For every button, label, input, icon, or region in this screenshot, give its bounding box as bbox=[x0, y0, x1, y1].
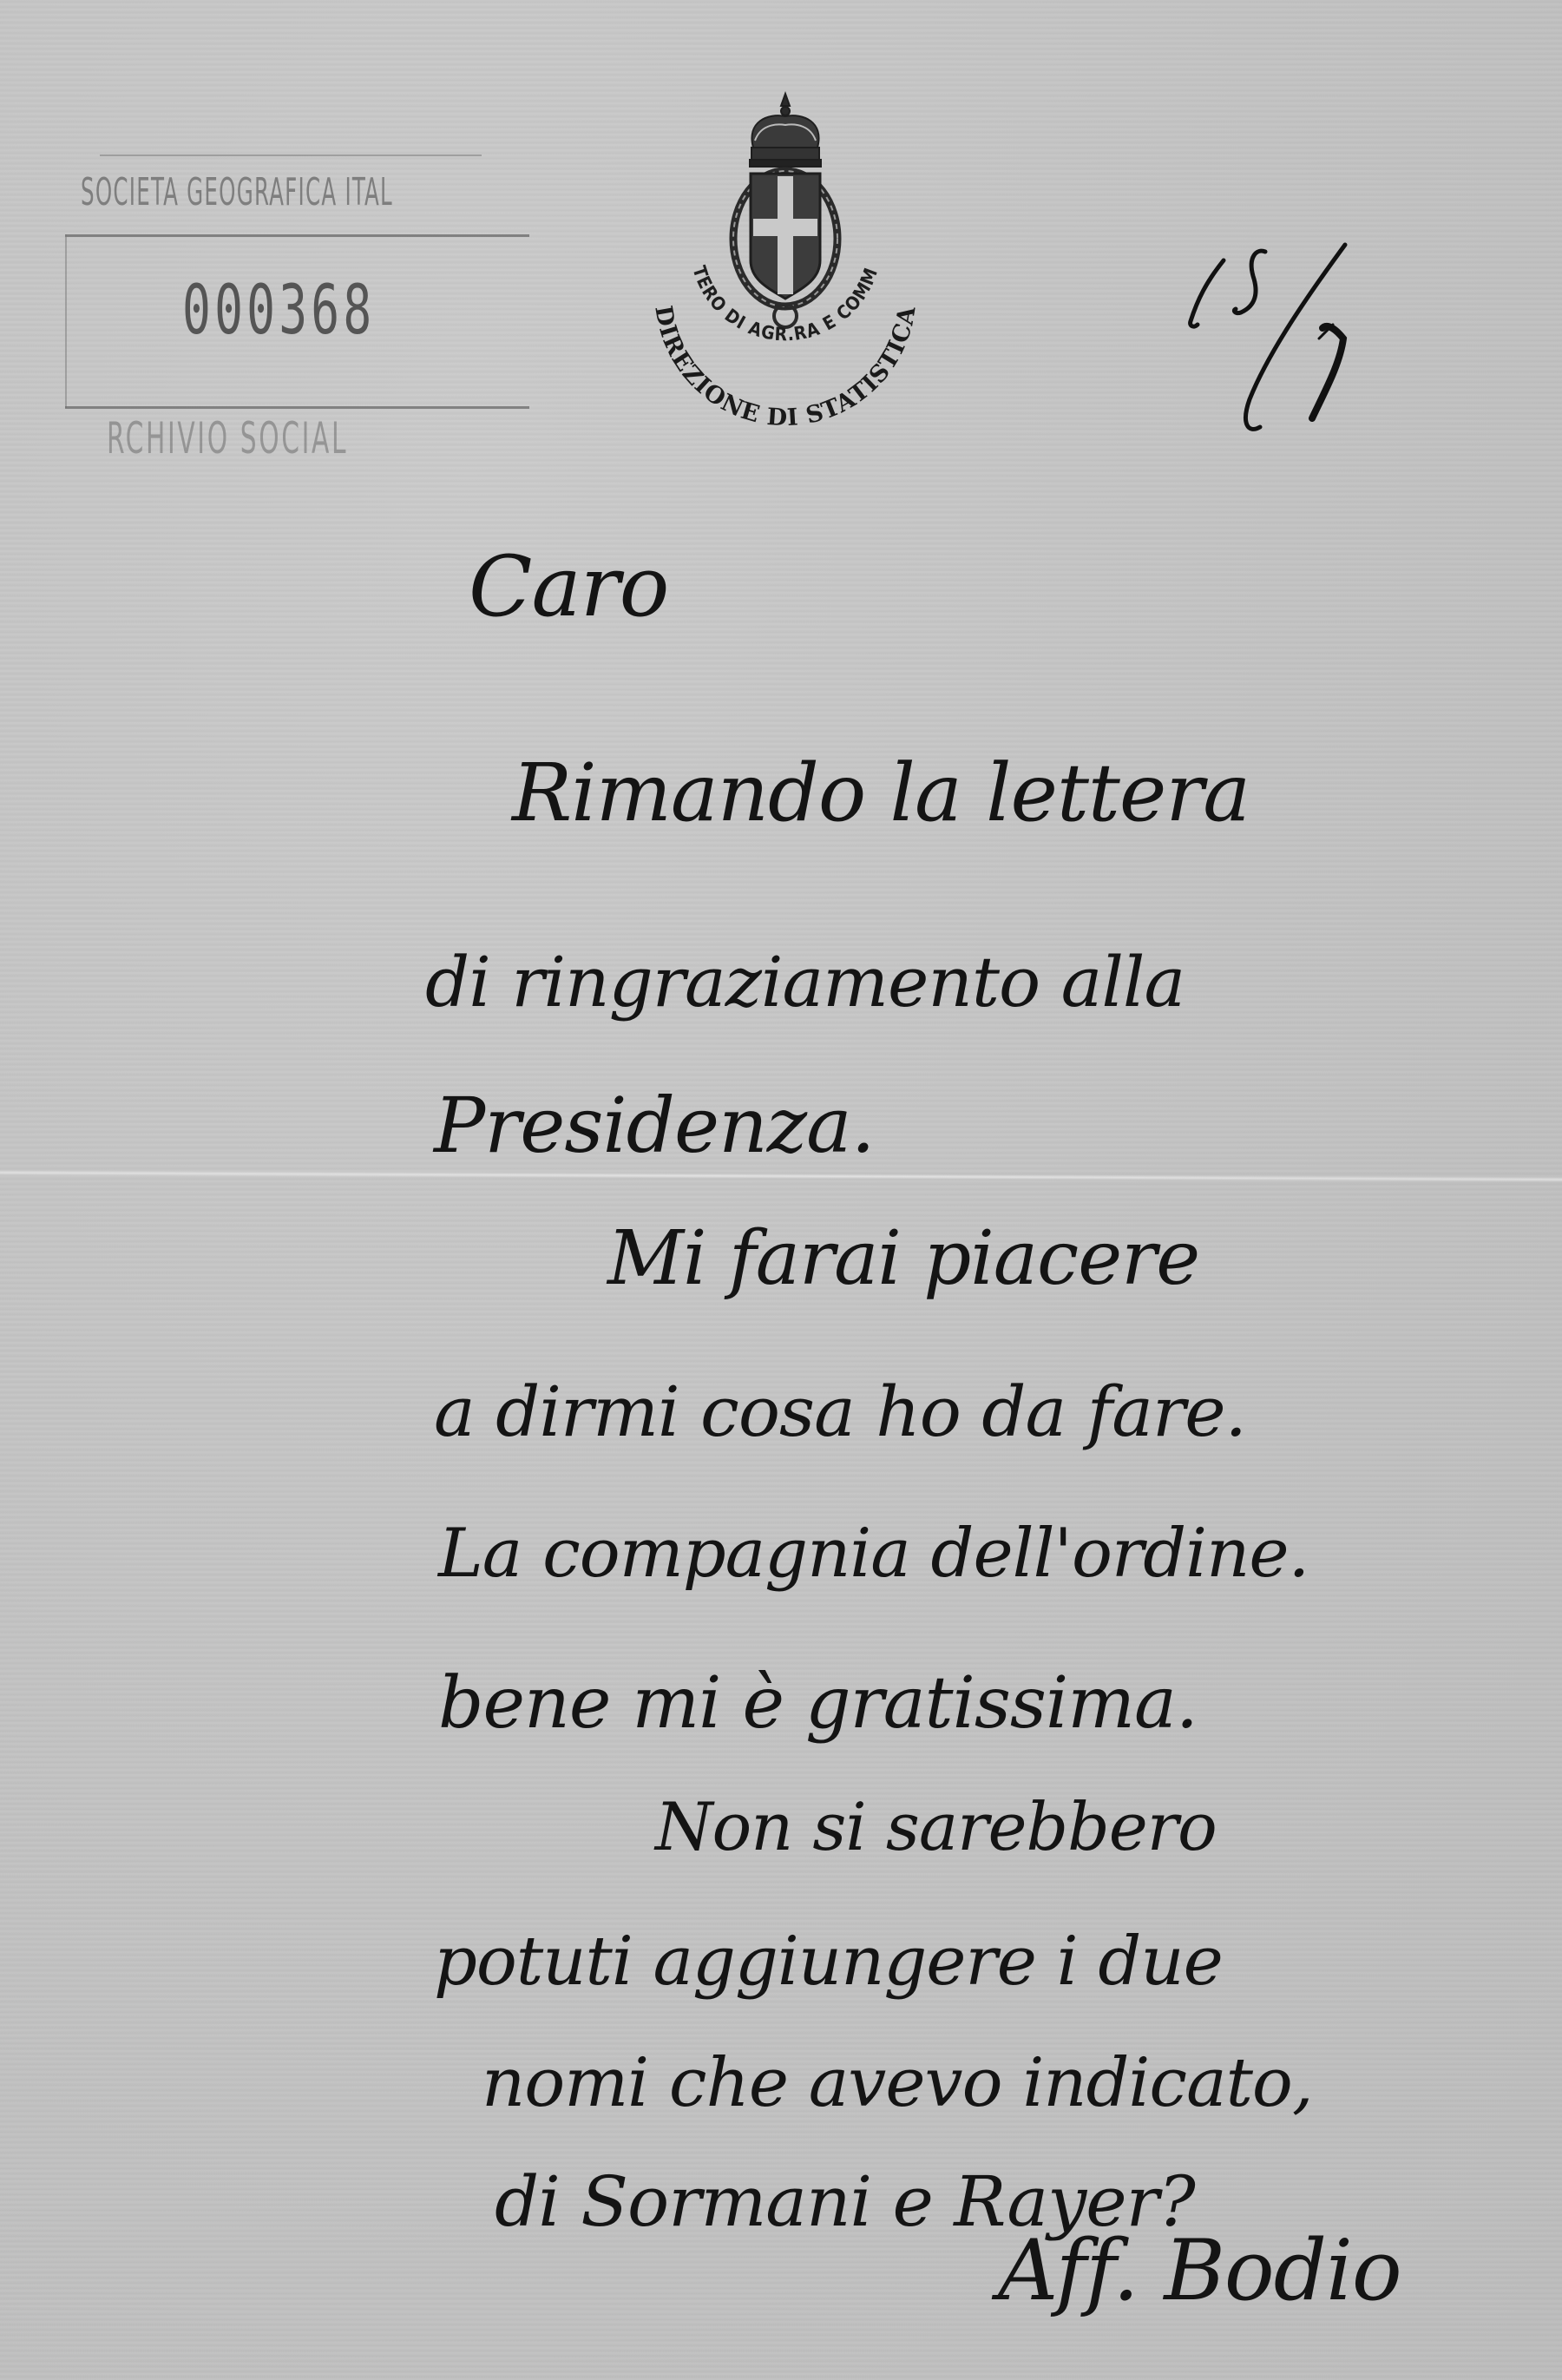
letter-line: potuti aggiungere i due bbox=[434, 1923, 1223, 2001]
letter-line: Presidenza. bbox=[434, 1081, 875, 1170]
handwritten-date: 15/7 bbox=[1154, 226, 1380, 451]
stamp-society-name: SOCIETA GEOGRAFICA ITAL bbox=[81, 170, 393, 214]
stamp-archive-number: 000368 bbox=[182, 272, 375, 350]
stamp-archive-label: RCHIVIO SOCIAL bbox=[107, 413, 348, 464]
letter-line: Mi farai piacere bbox=[607, 1215, 1199, 1302]
letter-line: Non si sarebbero bbox=[655, 1788, 1217, 1865]
stamp-rule-bottom bbox=[65, 406, 529, 409]
stamp-rule-middle bbox=[65, 234, 529, 237]
letter-line: Rimando la lettera bbox=[512, 746, 1250, 839]
savoy-crest-icon: MINISTERO DI AGR.RA E COMMERCIO DIREZION… bbox=[590, 87, 972, 434]
letter-line: a dirmi cosa ho da fare. bbox=[434, 1371, 1246, 1452]
archive-stamp: SOCIETA GEOGRAFICA ITAL 000368 RCHIVIO S… bbox=[65, 155, 538, 463]
svg-text:15/7: 15/7 bbox=[1154, 226, 1157, 227]
stamp-left-border bbox=[65, 234, 67, 408]
signature: Aff. Bodio bbox=[998, 2222, 1401, 2319]
letterhead-direction: DIREZIONE DI STATISTICA bbox=[649, 304, 921, 432]
letterhead: MINISTERO DI AGR.RA E COMMERCIO DIREZION… bbox=[590, 87, 972, 434]
letter-line: nomi che avevo indicato, bbox=[482, 2044, 1313, 2122]
letter-line: di ringraziamento alla bbox=[425, 942, 1185, 1022]
letter-date: 15/7 bbox=[1154, 226, 1380, 451]
stamp-rule-top bbox=[100, 155, 482, 156]
letter-line: bene mi è gratissima. bbox=[438, 1662, 1198, 1745]
letter-line: La compagnia dell'ordine. bbox=[438, 1515, 1309, 1593]
salutation: Caro bbox=[469, 538, 668, 635]
